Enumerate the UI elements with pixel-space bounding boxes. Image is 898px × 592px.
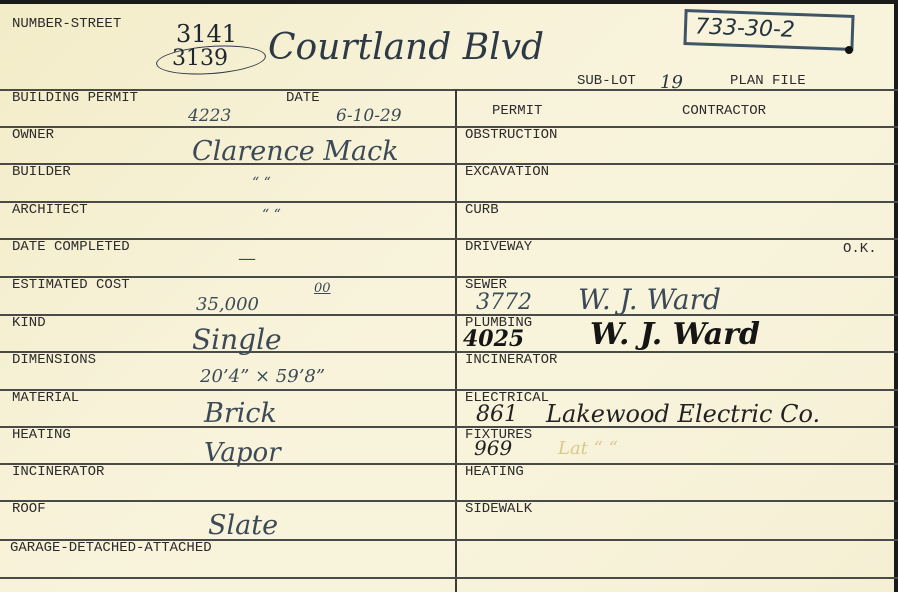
incinerator-permit-label: INCINERATOR [465,352,557,368]
stamp-ink-dot [845,46,853,54]
sewer-permit-value: 3772 [476,292,532,314]
architect-label: ARCHITECT [12,202,88,218]
owner-value: Clarence Mack [192,138,399,165]
electrical-permit-value: 861 [476,404,518,426]
electrical-contractor-value: Lakewood Electric Co. [546,402,820,426]
driveway-note: O.K. [843,241,877,257]
street-name: Courtland Blvd [268,30,544,66]
building-permit-value: 4223 [188,108,231,125]
row-line [0,577,898,579]
date-completed-value: — [238,250,256,268]
date-label: DATE [286,90,320,106]
file-number-stamp: 733-30-2 [683,9,854,51]
date-value: 6-10-29 [336,108,402,125]
estimated-cost-cents: 00 [314,282,331,295]
row-line [0,276,898,278]
row-line [0,389,898,391]
building-permit-card: NUMBER-STREET 3141 3139 Courtland Blvd 7… [0,0,898,592]
row-line [0,126,898,128]
fixtures-contractor-value: Lat “ “ [558,440,618,458]
owner-label: OWNER [12,127,54,143]
heating-value: Vapor [204,440,281,466]
garage-label: GARAGE-DETACHED-ATTACHED [10,540,212,556]
sub-lot-label: SUB-LOT [577,73,636,89]
roof-label: ROOF [12,501,46,517]
contractor-column-header: CONTRACTOR [682,103,766,119]
row-line [0,351,898,353]
street-number: 3141 [176,22,237,46]
sewer-contractor-value: W. J. Ward [578,286,721,314]
former-street-number: 3139 [172,48,228,70]
estimated-cost-label: ESTIMATED COST [12,277,130,293]
plumbing-permit-value: 4025 [463,328,524,350]
excavation-label: EXCAVATION [465,164,549,180]
material-value: Brick [204,400,277,427]
permit-column-header: PERMIT [492,103,542,119]
row-line [0,201,898,203]
row-line [0,163,898,165]
kind-label: KIND [12,315,46,331]
dimensions-label: DIMENSIONS [12,352,96,368]
curb-label: CURB [465,202,499,218]
heating-permit-label: HEATING [465,464,524,480]
building-permit-label: BUILDING PERMIT [12,90,138,106]
obstruction-label: OBSTRUCTION [465,127,557,143]
roof-value: Slate [208,512,278,539]
number-street-label: NUMBER-STREET [12,16,121,32]
kind-value: Single [192,326,282,354]
architect-value: “ “ [262,208,281,222]
row-line [0,463,898,465]
row-line [0,500,898,502]
row-line [0,238,898,240]
driveway-label: DRIVEWAY [465,239,532,255]
plan-file-label: PLAN FILE [730,73,806,89]
heating-label: HEATING [12,427,71,443]
estimated-cost-value: 35,000 [196,296,259,314]
sidewalk-label: SIDEWALK [465,501,532,517]
card-edge-top [0,0,898,4]
builder-value: “ “ [252,176,271,190]
dimensions-value: 20’4” × 59’8” [200,368,325,386]
material-label: MATERIAL [12,390,79,406]
row-line [0,314,898,316]
date-completed-label: DATE COMPLETED [12,239,130,255]
incinerator-label: INCINERATOR [12,464,104,480]
builder-label: BUILDER [12,164,71,180]
plumbing-contractor-value: W. J. Ward [590,320,760,350]
fixtures-permit-value: 969 [474,438,512,458]
